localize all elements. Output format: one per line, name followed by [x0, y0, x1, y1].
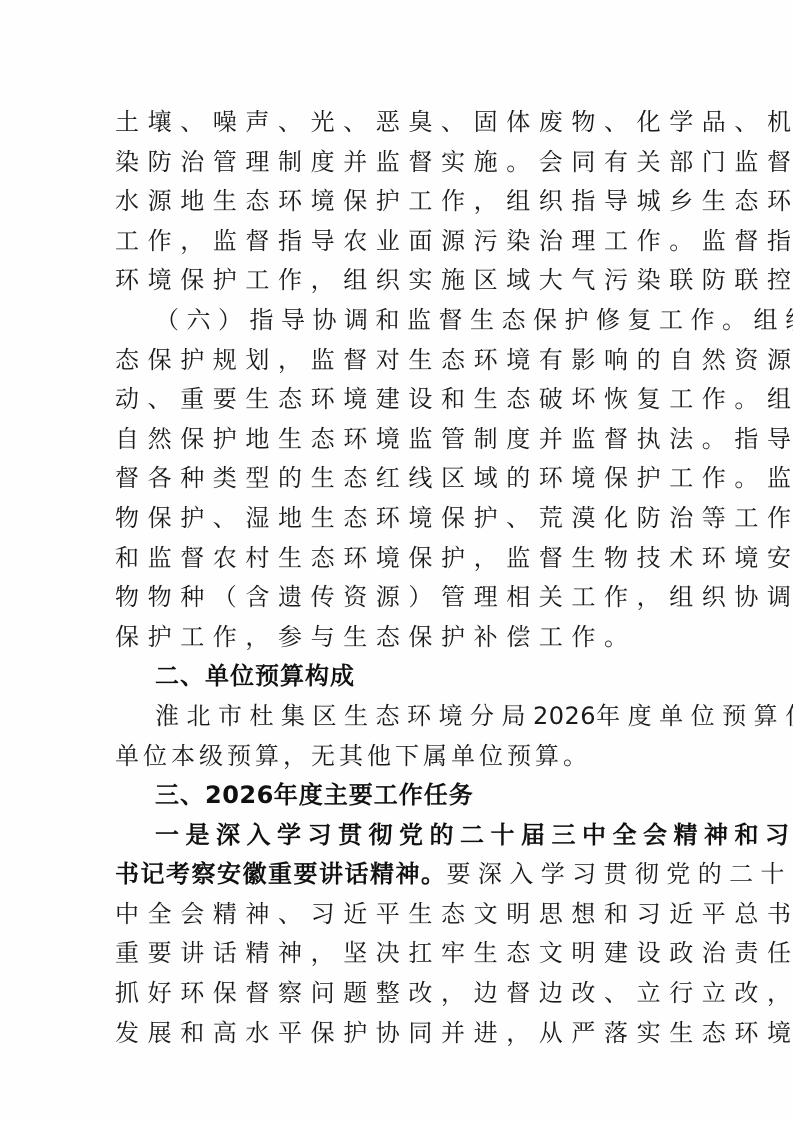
text-line: 土壤、噪声、光、恶臭、固体废物、化学品、机动车等的污: [115, 103, 695, 143]
text-line: 保护工作，参与生态保护补偿工作。: [115, 618, 695, 658]
text-line: 督各种类型的生态红线区域的环境保护工作。监督野生动植: [115, 459, 695, 499]
text-line: 水源地生态环境保护工作，组织指导城乡生态环境综合整治: [115, 182, 695, 222]
text-line: 染防治管理制度并监督实施。会同有关部门监督管理饮用水: [115, 143, 695, 183]
text-line: 态保护规划，监督对生态环境有影响的自然资源开发利用活: [115, 341, 695, 381]
text-line: 动、重要生态环境建设和生态破坏恢复工作。组织制定各类: [115, 380, 695, 420]
text-line: 物保护、湿地生态环境保护、荒漠化防治等工作。指导协调: [115, 499, 695, 539]
text-line: 单位本级预算，无其他下属单位预算。: [115, 737, 695, 777]
document-body: 土壤、噪声、光、恶臭、固体废物、化学品、机动车等的污 染防治管理制度并监督实施。…: [115, 103, 695, 1053]
section-main-tasks: 三、2026年度主要工作任务 一是深入学习贯彻党的二十届三中全会精神和习近平总 …: [115, 776, 695, 1053]
task-title-end: 书记考察安徽重要讲话精神。: [115, 860, 447, 888]
text-line: （六）指导协调和监督生态保护修复工作。组织编制生: [115, 301, 695, 341]
text-line: 环境保护工作，组织实施区域大气污染联防联控协作机制。: [115, 261, 695, 301]
document-page: 土壤、噪声、光、恶臭、固体废物、化学品、机动车等的污 染防治管理制度并监督实施。…: [0, 0, 793, 1122]
text-line: 抓好环保督察问题整改，边督边改、立行立改，推动高质量: [115, 974, 695, 1014]
text-line: 淮北市杜集区生态环境分局2026年度单位预算仅包括: [115, 697, 695, 737]
text-line: 物物种（含遗传资源）管理相关工作，组织协调生物多样性: [115, 578, 695, 618]
text-segment: 要深入学习贯彻党的二十届三: [447, 860, 793, 888]
heading-segment: 年度主要工作任务: [274, 781, 474, 809]
text-segment: 淮北市杜集区生态环境分局: [155, 702, 533, 730]
text-line: 中全会精神、习近平生态文明思想和习近平总书记考察安徽: [115, 895, 695, 935]
text-segment: 年度单位预算仅包括: [596, 702, 793, 730]
text-line: 工作，监督指导农业面源污染治理工作。监督指导区域大气: [115, 222, 695, 262]
section-heading: 三、2026年度主要工作任务: [115, 776, 695, 816]
text-line: 重要讲话精神，坚决扛牢生态文明建设政治责任，从严从实: [115, 934, 695, 974]
task-title-line: 一是深入学习贯彻党的二十届三中全会精神和习近平总: [115, 816, 695, 856]
heading-segment: 三、: [155, 781, 205, 809]
section-heading: 二、单位预算构成: [115, 657, 695, 697]
year-number: 2026: [205, 781, 274, 809]
text-line: 自然保护地生态环境监管制度并监督执法。指导、协调、监: [115, 420, 695, 460]
text-line: 发展和高水平保护协同并进，从严落实生态环境保护，抓好: [115, 1014, 695, 1054]
paragraph-pollution-control: 土壤、噪声、光、恶臭、固体废物、化学品、机动车等的污 染防治管理制度并监督实施。…: [115, 103, 695, 301]
text-line: 书记考察安徽重要讲话精神。要深入学习贯彻党的二十届三: [115, 855, 695, 895]
year-number: 2026: [533, 702, 596, 730]
text-line: 和监督农村生态环境保护，监督生物技术环境安全，承担生: [115, 539, 695, 579]
section-budget-composition: 二、单位预算构成 淮北市杜集区生态环境分局2026年度单位预算仅包括 单位本级预…: [115, 657, 695, 776]
paragraph-ecological-protection: （六）指导协调和监督生态保护修复工作。组织编制生 态保护规划，监督对生态环境有影…: [115, 301, 695, 657]
